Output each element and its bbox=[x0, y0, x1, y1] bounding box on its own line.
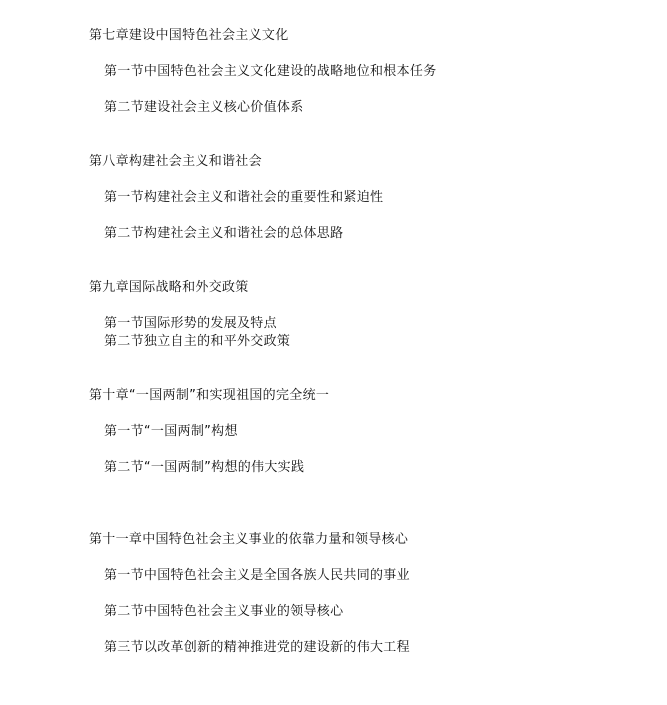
chapter-11-section-3: 第三节以改革创新的精神推进党的建设新的伟大工程 bbox=[104, 640, 410, 656]
chapter-11-section-2: 第二节中国特色社会主义事业的领导核心 bbox=[104, 604, 343, 620]
chapter-9-title: 第九章国际战略和外交政策 bbox=[89, 280, 249, 296]
chapter-8-section-2: 第二节构建社会主义和谐社会的总体思路 bbox=[104, 226, 343, 242]
chapter-10-section-2: 第二节“一国两制”构想的伟大实践 bbox=[104, 460, 304, 476]
chapter-11-title: 第十一章中国特色社会主义事业的依靠力量和领导核心 bbox=[89, 532, 408, 548]
chapter-8-section-1: 第一节构建社会主义和谐社会的重要性和紧迫性 bbox=[104, 190, 383, 206]
chapter-7-title: 第七章建设中国特色社会主义文化 bbox=[89, 28, 289, 44]
chapter-7-section-2: 第二节建设社会主义核心价值体系 bbox=[104, 100, 304, 116]
chapter-10-section-1: 第一节“一国两制”构想 bbox=[104, 424, 238, 440]
chapter-9-section-1: 第一节国际形势的发展及特点 bbox=[104, 316, 277, 332]
chapter-9-section-2: 第二节独立自主的和平外交政策 bbox=[104, 334, 290, 350]
chapter-11-section-1: 第一节中国特色社会主义是全国各族人民共同的事业 bbox=[104, 568, 410, 584]
chapter-7-section-1: 第一节中国特色社会主义文化建设的战略地位和根本任务 bbox=[104, 64, 437, 80]
chapter-8-title: 第八章构建社会主义和谐社会 bbox=[89, 154, 262, 170]
chapter-10-title: 第十章“一国两制”和实现祖国的完全统一 bbox=[89, 388, 329, 404]
